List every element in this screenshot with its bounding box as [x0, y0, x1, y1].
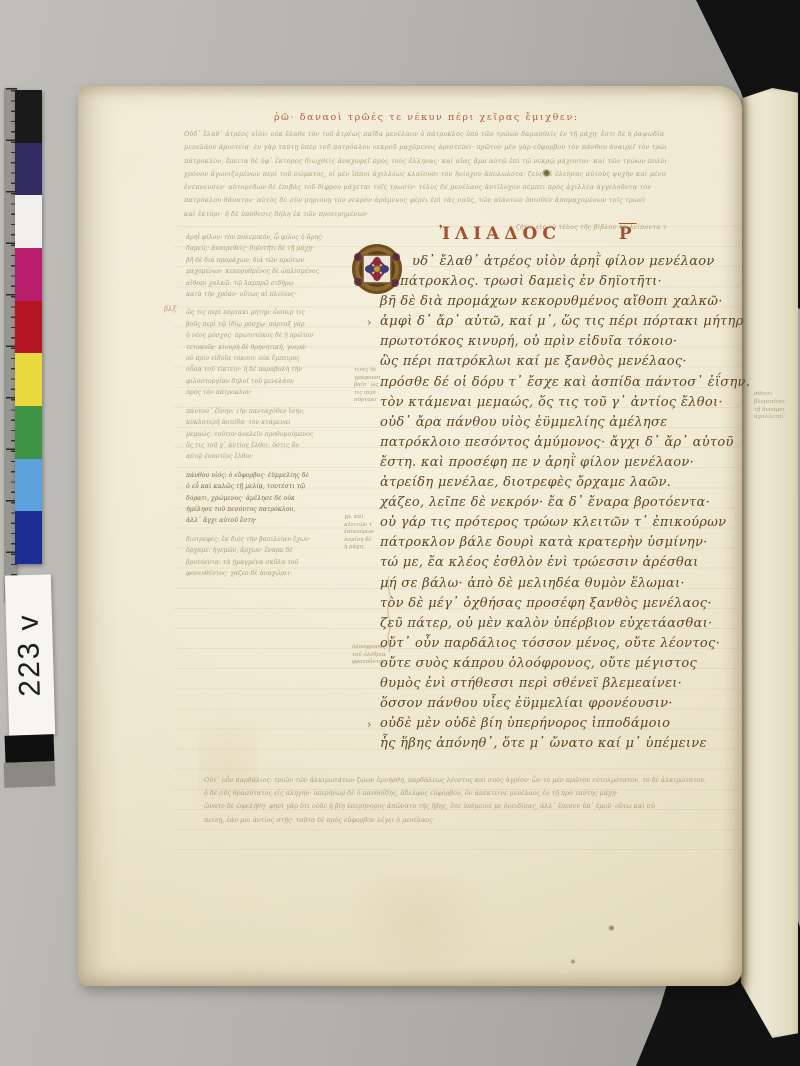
gloss-line: βλεμεαίνει:	[754, 399, 794, 407]
color-patch-dark-blue	[15, 511, 42, 564]
color-patch-magenta	[15, 248, 42, 301]
intercolumn-gloss-2: γρ. καὶκλειτῶν τ᾽ἐπικούρωνὑσμίνη δὲἡ μάχ…	[344, 514, 398, 552]
scholia-line: κατὰ τὴν χρόαν· οὕτως αἱ πλείους·	[186, 289, 336, 300]
scholia-line: ὅς τις τοῦ γ᾽ ἀντίος ἔλθοι: ὅστις ἂν	[186, 440, 336, 451]
gloss-line: φρονοῦντος·	[352, 659, 402, 667]
color-patch-green	[15, 406, 42, 459]
scholia-line: καὶ ἕκτορι· ἡ δὲ ὑπόθεσις δήλη ἐκ τῶν πρ…	[184, 208, 666, 221]
verse-line: πρωτοτόκος κινυρή, οὐ πρὶν εἰδυῖα τόκοιο…	[380, 332, 752, 352]
manuscript-photo: { "photo": { "backdrop_color": "#b6b4af"…	[0, 0, 800, 1066]
color-patch-black	[15, 90, 42, 143]
folio-label-strip: 223 v	[5, 574, 55, 735]
book-title-row: ἸΛΙΑΔΟϹ Ρ	[368, 224, 708, 244]
scholia-line: βῆ δὲ διὰ προμάχων: διὰ τῶν πρώτων	[186, 255, 336, 266]
scholia-line: αὐτῷ ἐναντίος ἔλθοι·	[186, 451, 336, 462]
scholia-group: ἀρηῒ φίλον: τὸν πολεμικόν, ᾧ φίλος ὁ ἄρη…	[186, 232, 336, 300]
verse-line: θυμὸς ἐνὶ στήθεσσι περὶ σθένεϊ βλεμεαίνε…	[380, 674, 752, 694]
gloss-line: σθένεϊ	[754, 391, 794, 399]
verse-line: ἔστη. καὶ προσέφη πε ν ἀρηῒ φίλον μενέλα…	[380, 453, 752, 473]
label-gray-block	[4, 761, 56, 788]
gloss-line: ἐπικούρων	[344, 529, 398, 537]
scholia-line: ὁ νέος μόσχος· πρωτοτόκος δὲ ἡ πρῶτον	[186, 330, 336, 341]
bottom-scholia-block: Οὔτ᾽ οὖν παρδάλιος: τριῶν τῶν ἀλκιμωτάτω…	[204, 774, 764, 827]
marginal-flourish	[384, 574, 394, 658]
scholia-line: ἀρηῒ φίλον: τὸν πολεμικόν, ᾧ φίλος ὁ ἄρη…	[186, 232, 336, 243]
top-scholia-block: Οὐδ᾽ ἔλαθ᾽ ἀτρέος υἱόν: οὐκ ἔλαθε τὸν το…	[184, 128, 666, 234]
scholia-line: πάνθου υἱός: ὁ εὔφορβος· ἐϋμμελίης δὲ	[186, 470, 336, 481]
verse-line: πατρόκλοιο πεσόντος ἀμύμονος· ἄγχι δ᾽ ἄρ…	[380, 433, 752, 453]
scholia-line: διοτρεφές: ἐκ διὸς τὴν βασιλείαν ἔχων·	[186, 534, 336, 545]
scholia-line: ἐνέπνευσεν· αὐτομέδων δὲ ἐπιβὰς τοῦ δίφρ…	[184, 181, 666, 194]
color-patch-yellow	[15, 353, 42, 406]
parchment-stain	[608, 925, 615, 931]
scholia-line: φιλοστοργίαν δηλοῖ τοῦ μενελάου	[186, 376, 336, 387]
left-margin-scholia: ἀρηῒ φίλον: τὸν πολεμικόν, ᾧ φίλος ὁ ἄρη…	[186, 232, 336, 586]
parchment-stain	[570, 959, 576, 964]
scholia-line: πρὸς τὸν πάτροκλον·	[186, 387, 336, 398]
folio-number: 223 v	[12, 613, 48, 697]
verse-line: πάτροκλον βάλε δουρὶ κατὰ κρατερὴν ὑσμίν…	[380, 533, 752, 553]
verse-line: οὔτε συὸς κάπρου ὀλοόφρονος, οὔτε μέγιστ…	[380, 654, 752, 674]
verse-line: πρόσθε δέ οἱ δόρυ τ᾽ ἔσχε καὶ ἀσπίδα πάν…	[380, 373, 752, 393]
verse-line: οὔτ᾽ οὖν παρδάλιος τόσσον μένος, οὔτε λέ…	[380, 634, 752, 654]
verse-line: τώ με, ἔα κλέος ἐσθλὸν ἐνὶ τρώεσσιν ἀρέσ…	[380, 553, 752, 573]
scholia-line: μενελάου ἀριστεία· ἐν γὰρ ταύτῃ ὑπὲρ τοῦ…	[184, 141, 666, 154]
verse-line: ἀμφὶ δ᾽ ἄρ᾽ αὐτῶ, καί μ᾽, ὥς τις πέρι πό…	[380, 312, 752, 332]
verse-line: οὐδὲ μὲν οὐδὲ βίη ὑπερήνορος ἱπποδάμοιο	[380, 714, 752, 734]
scholia-line: αἴθοπι χαλκῷ: τῷ λαμπρῷ σιδήρῳ	[186, 278, 336, 289]
scholia-line: κυκλοτερῆ ἀσπίδα· τὸν κτάμεναι	[186, 417, 336, 428]
scholia-line: ὁ εὖ καὶ καλῶς τῇ μελίᾳ, τουτέστι τῷ	[186, 481, 336, 492]
scholia-line: πάτροκλον, ἔπειτα δὲ ὑφ᾽ ἕκτορος διωχθεὶ…	[184, 155, 666, 168]
verse-line: βῆ δὲ διὰ προμάχων κεκορυθμένος αἴθοπι χ…	[380, 292, 752, 312]
scholia-group: πάνθου υἱός: ὁ εὔφορβος· ἐϋμμελίης δὲὁ ε…	[186, 470, 336, 527]
intercolumn-gloss-3: ὀλοόφρονος:τοῦ ὀλέθριαφρονοῦντος·	[352, 644, 402, 667]
gloss-line: τινὲς δὲ	[354, 367, 404, 375]
scholia-line: βροτόεντα: τὰ ᾑμαγμένα σκῦλα τοῦ	[186, 557, 336, 568]
scholia-line: ἀλλ᾽ ἄγχι αὐτοῦ ἔστη·	[186, 515, 336, 526]
scholia-group: διοτρεφές: ἐκ διὸς τὴν βασιλείαν ἔχων·ὄρ…	[186, 534, 336, 580]
scholia-line: ὤνατο δὲ ὠφελήθη· φησὶ γὰρ ὅτι οὐδὲ ἡ βί…	[204, 800, 764, 813]
scholia-line: ὁ δὲ σῦς θρασύτατος εἰς πληγήν· ὑπερήνωρ…	[204, 787, 764, 800]
color-patch-red	[15, 301, 42, 354]
gloss-line: ὀλοόφρονος:	[352, 644, 402, 652]
scholia-line: ὥς τις περὶ πόρτακι μήτηρ: ὥσπερ τις	[186, 307, 336, 318]
verse-line: ὅσσον πάνθου υἷες ἐϋμμελίαι φρονέουσιν·	[380, 694, 752, 714]
scholia-line: μεμαώς: τοῦτον ἀνελεῖν προθυμούμενος	[186, 429, 336, 440]
verse-line: πάτροκλος. τρωσὶ δαμεὶς ἐν δηϊοτῆτι·	[380, 272, 752, 292]
gloss-line: τοῦ ὀλέθρια	[352, 652, 402, 660]
scholia-line: τετοκυῖα· κινυρὴ δὲ θρηνητική, γοερά·	[186, 342, 336, 353]
verse-line: ὣς πέρι πατρόκλωι καί με ξανθὸς μενέλαος…	[380, 352, 752, 372]
verse-line: υδ᾽ ἔλαθ᾽ ἀτρέος υἱὸν ἀρηῒ φίλον μενέλαο…	[380, 252, 752, 272]
gloss-line: ἡ μάχη·	[344, 544, 398, 552]
color-patch-white	[15, 195, 42, 248]
fore-edge-gloss: σθένεϊβλεμεαίνει:τῇ δυνάμειἀγάλλεται·	[754, 391, 794, 422]
verse-line: χάζεο, λεῖπε δὲ νεκρόν· ἔα δ᾽ ἔναρα βροτ…	[380, 493, 752, 513]
book-rubric-verse: ῥῶ· δαναοὶ τρῶές τε νέκυν πέρι χεῖρας ἔμ…	[274, 112, 574, 123]
gloss-line: γρ. καὶ	[344, 514, 398, 522]
color-calibration-bar	[15, 90, 42, 564]
gloss-line: ἀγάλλεται·	[754, 414, 794, 422]
scholia-line: πάντοσ᾽ ἐΐσην: τὴν πανταχόθεν ἴσην,	[186, 406, 336, 417]
verse-line: ζεῦ πάτερ, οὐ μὲν καλὸν ὑπέρβιον εὐχετάα…	[380, 614, 752, 634]
scholia-line: πείσῃ, ἐάν μοι ἀντίος στῇς· ταῦτα δὲ πρὸ…	[204, 814, 764, 827]
scholia-line: οὐ πρὶν εἰδυῖα τόκοιο: οὐκ ἔμπειρος	[186, 353, 336, 364]
scholia-line: ἠμέλησε τοῦ πεσόντος πατρόκλου,	[186, 504, 336, 515]
verse-line: τὸν δὲ μέγ᾽ ὀχθήσας προσέφη ξανθὸς μενέλ…	[380, 594, 752, 614]
verse-line: ἀτρείδη μενέλαε, διοτρεφὲς ὄρχαμε λαῶν.	[380, 473, 752, 493]
verse-line: ἧς ἥβης ἀπόνηθ᾽, ὅτε μ᾽ ὤνατο καί μ᾽ ὑπέ…	[380, 734, 752, 754]
parchment-discoloration	[318, 876, 518, 966]
gloss-line: βαῖν᾽ ὥς	[354, 382, 404, 390]
intercolumn-gloss-1: τινὲς δὲγράφουσιβαῖν᾽ ὥςτις περὶπόρτακι·	[354, 367, 404, 405]
label-black-block	[5, 734, 55, 763]
verse-line: οὐ γάρ τις πρότερος τρώων κλειτῶν τ᾽ ἐπι…	[380, 513, 752, 533]
verse-line: οὐδ᾽ ἄρα πάνθου υἱὸς ἐϋμμελίης ἀμέλησε	[380, 413, 752, 433]
manuscript-page: ῥῶ· δαναοὶ τρῶές τε νέκυν πέρι χεῖρας ἔμ…	[78, 86, 742, 986]
scholia-line: πατρόκλου θάνατον· αὐτὸς δὲ σὺν μηριόνῃ …	[184, 194, 666, 207]
gloss-line: πόρτακι·	[354, 397, 404, 405]
scholia-group: πάντοσ᾽ ἐΐσην: τὴν πανταχόθεν ἴσην,κυκλο…	[186, 406, 336, 463]
color-patch-dark-indigo	[15, 143, 42, 196]
margin-mark: βλξ	[164, 305, 176, 313]
scholia-line: Οὐδ᾽ ἔλαθ᾽ ἀτρέος υἱόν: οὐκ ἔλαθε τὸν το…	[184, 128, 666, 141]
scholia-line: Οὔτ᾽ οὖν παρδάλιος: τριῶν τῶν ἀλκιμωτάτω…	[204, 774, 764, 787]
iliad-verse-block: υδ᾽ ἔλαθ᾽ ἀτρέος υἱὸν ἀρηῒ φίλον μενέλαο…	[380, 252, 752, 754]
scholia-line: δόρατι, χρώμενος· ἀμέλησε δὲ οὐκ	[186, 493, 336, 504]
scholia-line: βοῦς περὶ τῷ ἰδίῳ μόσχῳ· πόρταξ γὰρ	[186, 319, 336, 330]
scholia-line: οὖσα τοῦ τίκτειν· ἡ δὲ παραβολὴ τὴν	[186, 364, 336, 375]
verse-line: τὸν κτάμεναι μεμαώς, ὅς τις τοῦ γ᾽ ἀντίο…	[380, 393, 752, 413]
book-number-letter: Ρ	[619, 224, 637, 244]
scholia-line: μαχομένων· κεκορυθμένος δὲ ὡπλισμένος	[186, 266, 336, 277]
scholia-line: χρόνον ἀγωνιζομένων περὶ τοῦ σώματος, οἱ…	[184, 168, 666, 181]
verse-line: μή σε βάλω· ἀπὸ δὲ μελιηδέα θυμὸν ἕλωμαι…	[380, 574, 752, 594]
color-patch-light-blue	[15, 459, 42, 512]
scholia-group: ὥς τις περὶ πόρτακι μήτηρ: ὥσπερ τιςβοῦς…	[186, 307, 336, 398]
book-title: ἸΛΙΑΔΟϹ	[439, 224, 561, 244]
scholia-line: δαμείς: ἀναιρεθείς· δηϊοτῆτι δὲ τῇ μάχῃ·	[186, 243, 336, 254]
scholia-line: φονευθέντος· χάζεο δὲ ἀναχώρει·	[186, 568, 336, 579]
scholia-line: ὄρχαμε: ἡγεμών, ἄρχων· ἔναρα δὲ	[186, 545, 336, 556]
